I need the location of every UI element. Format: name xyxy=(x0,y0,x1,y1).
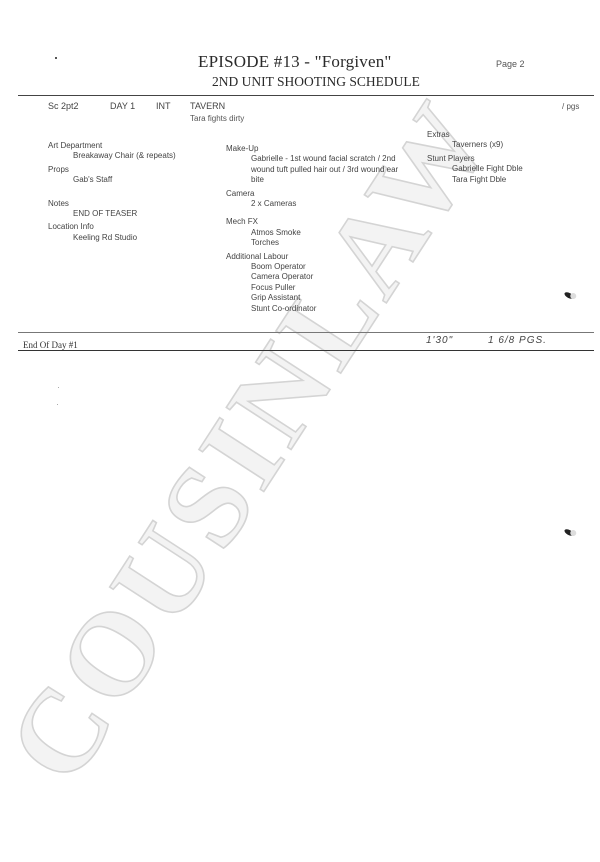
scene-day: DAY 1 xyxy=(110,101,135,111)
section-item: Atmos Smoke xyxy=(226,228,406,238)
left-column: Art Department Breakaway Chair (& repeat… xyxy=(48,141,218,243)
end-of-day-bottom-rule xyxy=(18,350,594,351)
section-item: Tara Fight Dble xyxy=(427,175,587,185)
handwritten-pages: 1 6/8 PGS. xyxy=(488,335,547,346)
section-item: Boom Operator xyxy=(226,262,406,272)
section-heading: Additional Labour xyxy=(226,252,406,262)
section-item: Keeling Rd Studio xyxy=(48,233,218,243)
section-item: END OF TEASER xyxy=(48,209,218,219)
right-column: Extras Taverners (x9) Stunt Players Gabr… xyxy=(427,130,587,185)
end-of-day-label: End Of Day #1 xyxy=(23,340,78,350)
section-item: Stunt Co-ordinator xyxy=(226,304,406,314)
scene-description: Tara fights dirty xyxy=(190,114,244,123)
section-item: Taverners (x9) xyxy=(427,140,587,150)
section-item: Focus Puller xyxy=(226,283,406,293)
page-number: Page 2 xyxy=(496,59,525,69)
ink-blot xyxy=(563,291,574,300)
section-heading: Extras xyxy=(427,130,587,140)
handwritten-time: 1'30" xyxy=(426,335,453,346)
section-item: Gabrielle - 1st wound facial scratch / 2… xyxy=(226,154,406,185)
section-item: Grip Assistant xyxy=(226,293,406,303)
section-heading: Art Department xyxy=(48,141,218,151)
section-item: Breakaway Chair (& repeats) xyxy=(48,151,218,161)
scan-speck xyxy=(55,57,57,59)
schedule-subtitle: 2ND UNIT SHOOTING SCHEDULE xyxy=(212,74,420,90)
section-heading: Camera xyxy=(226,189,406,199)
section-item: Camera Operator xyxy=(226,272,406,282)
scene-int-ext: INT xyxy=(156,101,171,111)
scene-pages: / pgs xyxy=(562,102,579,111)
section-item: Gab's Staff xyxy=(48,175,218,185)
ink-blot xyxy=(563,528,574,537)
section-heading: Location Info xyxy=(48,222,218,232)
section-heading: Notes xyxy=(48,199,218,209)
section-heading: Mech FX xyxy=(226,217,406,227)
middle-column: Make-Up Gabrielle - 1st wound facial scr… xyxy=(226,144,406,314)
episode-title: EPISODE #13 - "Forgiven" xyxy=(198,52,392,72)
scan-speck xyxy=(57,404,58,405)
section-heading: Props xyxy=(48,165,218,175)
end-of-day-top-rule xyxy=(18,332,594,333)
section-item: 2 x Cameras xyxy=(226,199,406,209)
scene-location: TAVERN xyxy=(190,101,225,111)
scene-number: Sc 2pt2 xyxy=(48,101,79,111)
section-heading: Make-Up xyxy=(226,144,406,154)
section-heading: Stunt Players xyxy=(427,154,587,164)
section-item: Torches xyxy=(226,238,406,248)
scan-speck xyxy=(58,387,59,388)
header-rule xyxy=(18,95,594,96)
section-item: Gabrielle Fight Dble xyxy=(427,164,587,174)
